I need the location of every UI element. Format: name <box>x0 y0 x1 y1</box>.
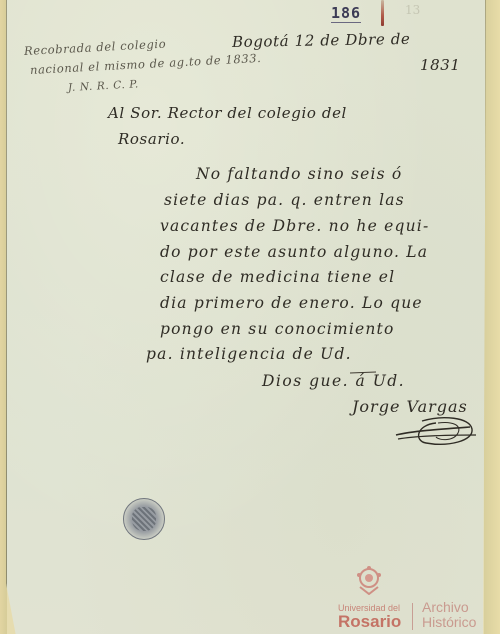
body-line-2: siete dias pa. q. entren las <box>164 191 405 209</box>
logo-divider <box>412 603 413 630</box>
archive-seal-stamp <box>123 498 165 540</box>
body-line-4: do por este asunto alguno. La <box>160 243 428 261</box>
signature-flourish-icon <box>392 413 482 449</box>
body-line-6: dia primero de enero. Lo que <box>160 294 423 312</box>
addressee-line-2: Rosario. <box>118 130 185 148</box>
folio-number: 186 <box>331 4 361 22</box>
addressee-line-1: Al Sor. Rector del colegio del <box>108 104 347 122</box>
rosario-emblem-icon <box>354 565 384 595</box>
folio-underline <box>331 22 361 23</box>
body-line-8: pa. inteligencia de Ud. <box>146 345 352 363</box>
dateline-year: 1831 <box>420 56 461 74</box>
closing-salutation: Dios gue. á Ud. <box>262 372 405 390</box>
body-line-7: pongo en su conocimiento <box>160 320 395 338</box>
red-binding-mark <box>381 0 384 26</box>
universidad-rosario-archivo-logo: Universidad del Rosario Archivo Históric… <box>336 565 496 631</box>
seal-emblem-icon <box>132 507 156 531</box>
scan-right-edge <box>484 0 500 634</box>
logo-archive-label: Archivo Histórico <box>422 600 476 630</box>
logo-archive-line-2: Histórico <box>422 615 476 630</box>
faint-folio-number: 13 <box>405 3 420 17</box>
logo-institution-large: Rosario <box>338 612 401 632</box>
dateline-place-date: Bogotá 12 de Dbre de <box>232 30 411 51</box>
body-line-1: No faltando sino seis ó <box>196 165 402 183</box>
logo-archive-line-1: Archivo <box>422 600 476 615</box>
scan-left-edge <box>0 0 7 634</box>
body-line-3: vacantes de Dbre. no he equi- <box>160 217 429 235</box>
document-scan: 186 13 Recobrada del colegio nacional el… <box>0 0 500 634</box>
body-line-5: clase de medicina tiene el <box>160 268 395 286</box>
paper-sheet <box>6 0 486 634</box>
